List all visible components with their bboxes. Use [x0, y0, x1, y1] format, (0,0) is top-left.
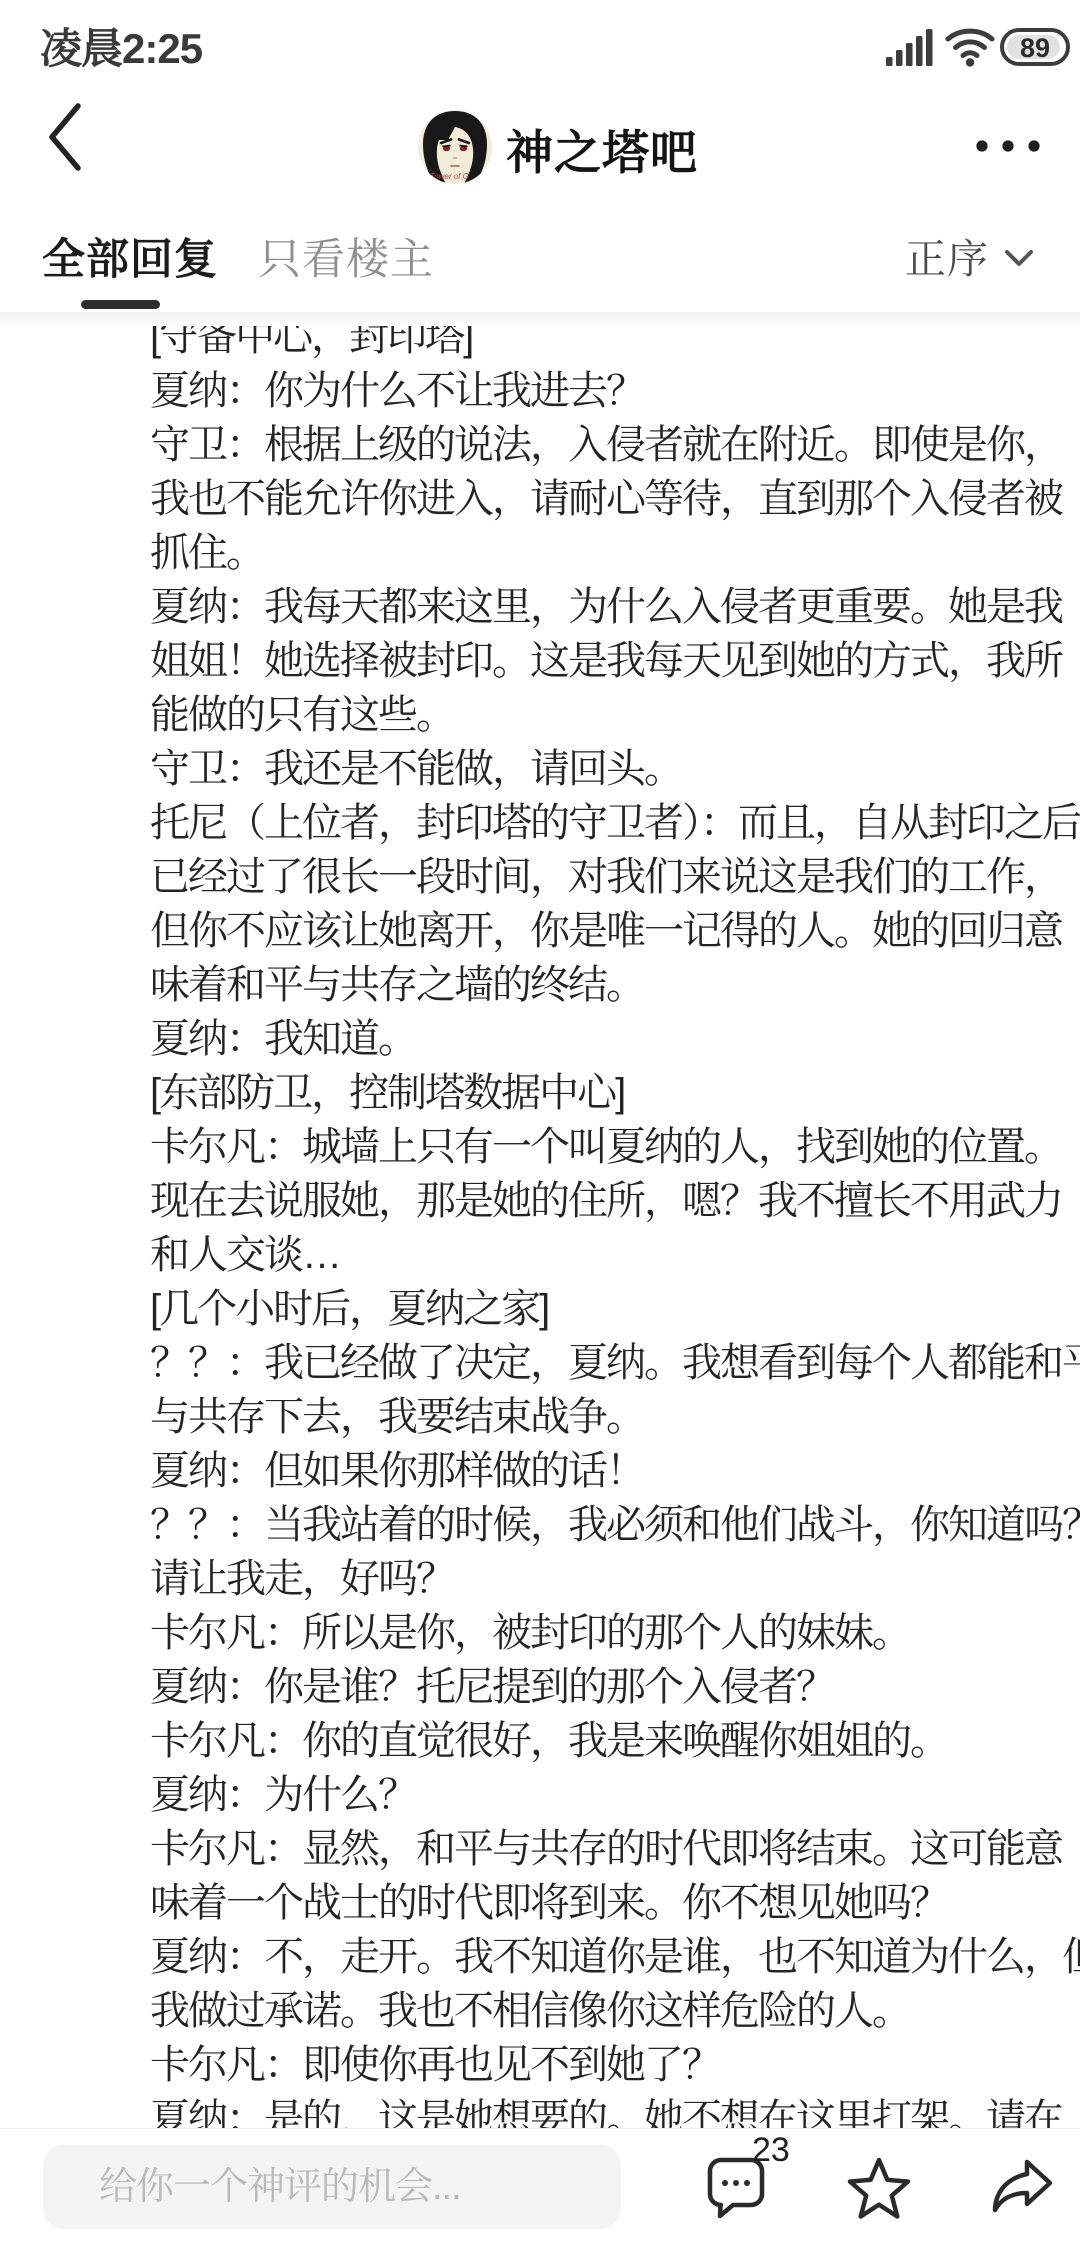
- content-line: 托尼（上位者，封印塔的守卫者）：而且，自从封印之后: [150, 796, 1080, 850]
- composer-placeholder: 给你一个神评的机会...: [99, 2145, 621, 2229]
- content-line: 卡尔凡：即使你再也见不到她了？: [150, 2038, 1080, 2092]
- content-line: 请让我走，好吗？: [150, 1552, 1080, 1606]
- content-line: [东部防卫，控制塔数据中心]: [150, 1066, 1080, 1120]
- sort-label: 正序: [905, 226, 989, 285]
- tab-all-replies[interactable]: 全部回复: [42, 226, 218, 287]
- content-line: 但你不应该让她离开，你是唯一记得的人。她的回归意: [150, 904, 1080, 958]
- comment-count-badge: 23: [752, 2131, 790, 2170]
- more-button[interactable]: [960, 120, 1056, 172]
- content-line: 夏纳：为什么？: [150, 1768, 1080, 1822]
- content-line: 抓住。: [150, 526, 1080, 580]
- battery-icon: 89: [1000, 28, 1070, 66]
- content-line: ？？：当我站着的时候，我必须和他们战斗，你知道吗？: [150, 1498, 1080, 1552]
- content-line: 夏纳：你是谁？托尼提到的那个入侵者？: [150, 1660, 1080, 1714]
- back-button[interactable]: [36, 98, 96, 176]
- wifi-icon: [944, 24, 996, 68]
- content-line: 我也不能允许你进入，请耐心等待，直到那个入侵者被: [150, 472, 1080, 526]
- content-line: 夏纳：我知道。: [150, 1012, 1080, 1066]
- content-line: 卡尔凡：城墙上只有一个叫夏纳的人，找到她的位置。: [150, 1120, 1080, 1174]
- forum-avatar: Tower of G: [418, 110, 492, 184]
- tab-bar-shadow: [0, 312, 1080, 326]
- status-time: 凌晨2:25: [40, 16, 202, 76]
- content-lines: [守备中心，封印塔]夏纳：你为什么不让我进去？守卫：根据上级的说法，入侵者就在附…: [0, 310, 1080, 2128]
- tab-author-only[interactable]: 只看楼主: [258, 226, 434, 287]
- share-button[interactable]: [975, 2141, 1070, 2236]
- content-line: 夏纳：但如果你那样做的话！: [150, 1444, 1080, 1498]
- comment-composer[interactable]: 给你一个神评的机会...: [43, 2145, 621, 2229]
- content-line: [几个小时后，夏纳之家]: [150, 1282, 1080, 1336]
- svg-text:Tower of G: Tower of G: [430, 172, 469, 181]
- sort-control[interactable]: 正序: [905, 230, 1035, 280]
- content-line: 夏纳：不，走开。我不知道你是谁，也不知道为什么，但: [150, 1930, 1080, 1984]
- tab-active-indicator: [81, 300, 160, 309]
- share-arrow-icon: [988, 2153, 1056, 2221]
- bottom-bar: 给你一个神评的机会... 23: [0, 2128, 1080, 2244]
- forum-title-button[interactable]: Tower of G: [418, 110, 492, 184]
- content-line: 夏纳：我每天都来这里，为什么入侵者更重要。她是我: [150, 580, 1080, 634]
- chevron-down-icon: [1003, 248, 1035, 270]
- content-line: 守卫：我还是不能做，请回头。: [150, 742, 1080, 796]
- ellipsis-icon: [960, 120, 1056, 172]
- content-line: 守卫：根据上级的说法，入侵者就在附近。即使是你，: [150, 418, 1080, 472]
- chevron-left-icon: [36, 98, 96, 176]
- content-line: 卡尔凡：显然，和平与共存的时代即将结束。这可能意: [150, 1822, 1080, 1876]
- content-line: ？？：我已经做了决定，夏纳。我想看到每个人都能和平: [150, 1336, 1080, 1390]
- content-area: [守备中心，封印塔]夏纳：你为什么不让我进去？守卫：根据上级的说法，入侵者就在附…: [0, 310, 1080, 2128]
- favorite-button[interactable]: [832, 2141, 932, 2241]
- content-line: 和人交谈…: [150, 1228, 1080, 1282]
- content-line: 能做的只有这些。: [150, 688, 1080, 742]
- content-line: 味着一个战士的时代即将到来。你不想见她吗？: [150, 1876, 1080, 1930]
- content-line: 姐姐！她选择被封印。这是我每天见到她的方式，我所: [150, 634, 1080, 688]
- content-line: 与共存下去，我要结束战争。: [150, 1390, 1080, 1444]
- comment-button[interactable]: 23: [690, 2129, 812, 2239]
- content-line: 已经过了很长一段时间，对我们来说这是我们的工作，: [150, 850, 1080, 904]
- content-line: 我做过承诺。我也不相信像你这样危险的人。: [150, 1984, 1080, 2038]
- content-line: 夏纳：你为什么不让我进去？: [150, 364, 1080, 418]
- content-line: 夏纳：是的，这是她想要的。她不想在这里打架。请在: [150, 2092, 1080, 2128]
- page-title: 神之塔吧: [506, 116, 698, 183]
- content-line: 味着和平与共存之墙的终结。: [150, 958, 1080, 1012]
- star-icon: [845, 2153, 913, 2221]
- content-line: 卡尔凡：你的直觉很好，我是来唤醒你姐姐的。: [150, 1714, 1080, 1768]
- signal-bars-icon: [886, 26, 934, 68]
- content-line: 现在去说服她，那是她的住所，嗯？我不擅长不用武力: [150, 1174, 1080, 1228]
- content-line: 卡尔凡：所以是你，被封印的那个人的妹妹。: [150, 1606, 1080, 1660]
- battery-percent: 89: [1004, 32, 1066, 62]
